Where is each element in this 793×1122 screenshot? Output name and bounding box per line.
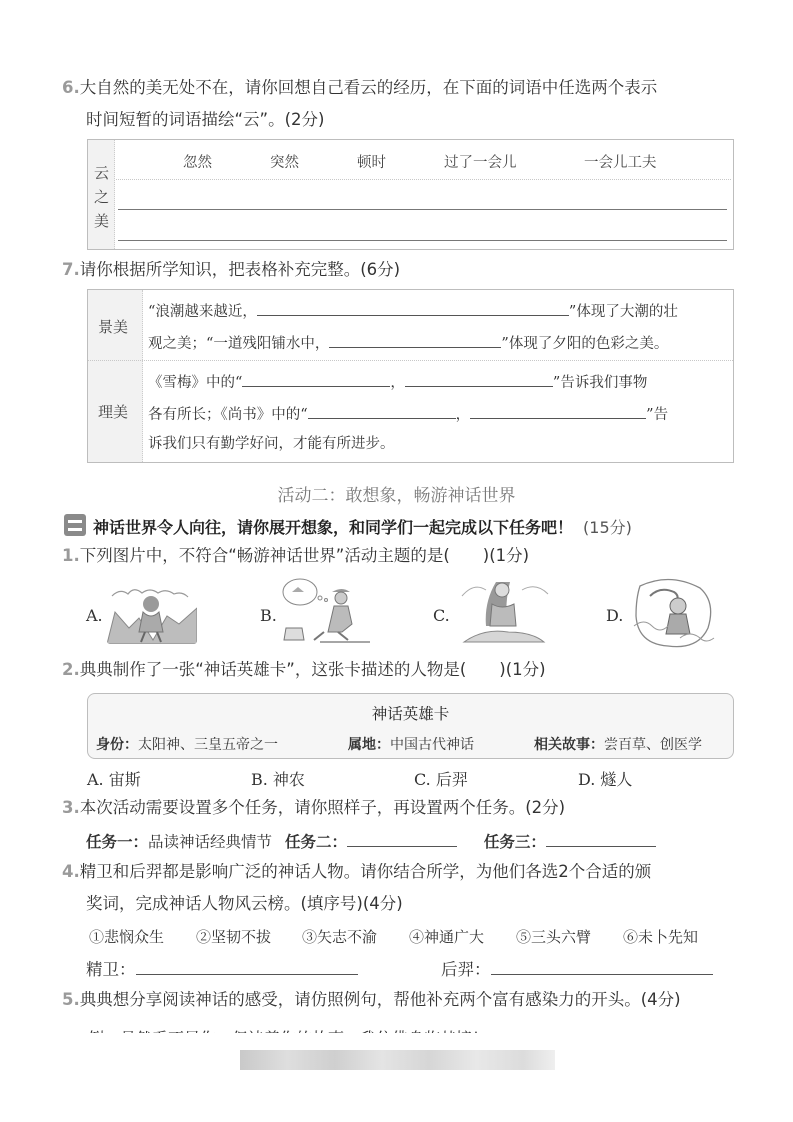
s3-line: 3.本次活动需要设置多个任务，请你照样子，再设置两个任务。(2分) xyxy=(62,798,565,818)
blank-field[interactable] xyxy=(242,370,390,387)
side-label-char: 美 xyxy=(94,210,109,231)
choice-c[interactable]: C. 后羿 xyxy=(414,767,468,790)
text: ”告诉我们事物 xyxy=(553,375,647,391)
text: ， xyxy=(390,375,405,391)
s5-line: 5.典典想分享阅读神话的感受，请仿照例句，帮他补充两个富有感染力的开头。(4分) xyxy=(62,990,681,1010)
choice-b[interactable]: B. 神农 xyxy=(251,767,305,790)
text: ”体现了大潮的壮 xyxy=(569,304,678,320)
award-option: ④神通广大 xyxy=(409,926,484,947)
row-divider xyxy=(88,360,733,361)
farmer-by-tree-stump-image[interactable] xyxy=(280,576,370,648)
s4-line1: 4.精卫和后羿都是影响广泛的神话人物。请你结合所学，为他们各选2个合适的颁 xyxy=(62,862,651,882)
s3-tasks: 任务一：品读神话经典情节 任务二： 任务三： xyxy=(86,830,656,852)
jingmei-line2: 观之美；“一道残阳铺水中，”体现了夕阳的色彩之美。 xyxy=(148,331,668,354)
field-value: 太阳神、三皇五帝之一 xyxy=(138,737,278,753)
field-key: 相关故事： xyxy=(534,737,604,753)
text: ， xyxy=(456,407,471,423)
text: 观之美；“一道残阳铺水中， xyxy=(148,336,329,352)
text: ”体现了夕阳的色彩之美。 xyxy=(501,336,668,352)
answer-line-1[interactable] xyxy=(118,209,727,210)
hero-card-identity: 身份：太阳神、三皇五帝之一 xyxy=(96,734,278,754)
word-option: 过了一会儿 xyxy=(444,151,517,172)
q6-line1: 6.大自然的美无处不在，请你回想自己看云的经历，在下面的词语中任选两个表示 xyxy=(62,78,657,98)
question-text: 下列图片中，不符合“畅游神话世界”活动主题的是( )(1分) xyxy=(80,546,529,565)
jingwei-label: 精卫： xyxy=(86,960,136,979)
jingwei-input[interactable] xyxy=(136,958,358,975)
boy-with-dragon-waves-image[interactable] xyxy=(630,576,716,648)
question-text: 精卫和后羿都是影响广泛的神话人物。请你结合所学，为他们各选2个合适的颁 xyxy=(80,862,652,881)
choice-a[interactable]: A. 宙斯 xyxy=(87,767,141,790)
section-text: 神话世界令人向往，请你展开想象，和同学们一起完成以下任务吧！ xyxy=(93,518,573,537)
text: 《雪梅》中的“ xyxy=(148,375,242,391)
hero-card-title: 神话英雄卡 xyxy=(88,702,733,724)
choice-d[interactable]: D. 燧人 xyxy=(578,767,632,790)
q6-line2: 时间短暂的词语描绘“云”。(2分) xyxy=(86,110,324,130)
jingmei-line1: “浪潮越来越近，”体现了大潮的壮 xyxy=(148,299,678,322)
section-two-badge-icon xyxy=(64,514,86,536)
houyi-row: 后羿： xyxy=(441,958,713,980)
goddess-sitting-on-rock-image[interactable] xyxy=(458,576,550,646)
question-text: 请你根据所学知识，把表格补充完整。(6分) xyxy=(80,260,400,279)
task3-input[interactable] xyxy=(546,830,656,847)
word-option: 突然 xyxy=(270,151,299,172)
option-a-label[interactable]: A. xyxy=(86,606,103,625)
bearded-giant-mountains-image[interactable] xyxy=(107,578,197,644)
field-key: 身份： xyxy=(96,737,138,753)
houyi-label: 后羿： xyxy=(441,960,491,979)
section-heading: 神话世界令人向往，请你展开想象，和同学们一起完成以下任务吧！(15分) xyxy=(93,515,632,538)
limei-line3: 诉我们只有勤学好问，才能有所进步。 xyxy=(148,434,395,454)
word-option: 一会儿工夫 xyxy=(584,151,657,172)
text: ”告 xyxy=(646,407,668,423)
option-b-label[interactable]: B. xyxy=(260,606,277,625)
section-score: (15分) xyxy=(583,518,632,537)
hero-card-stories: 相关故事：尝百草、创医学 xyxy=(534,734,702,754)
task3-label: 任务三： xyxy=(484,833,546,851)
blank-field[interactable] xyxy=(405,370,553,387)
award-option: ②坚韧不拔 xyxy=(196,926,271,947)
option-c-label[interactable]: C. xyxy=(433,606,450,625)
answer-line-2[interactable] xyxy=(118,240,727,241)
hero-card-region: 属地：中国古代神话 xyxy=(348,734,474,754)
divider xyxy=(116,179,731,180)
question-number: 5. xyxy=(62,990,80,1009)
question-text: 典典想分享阅读神话的感受，请仿照例句，帮他补充两个富有感染力的开头。(4分) xyxy=(80,990,681,1009)
question-number: 6. xyxy=(62,78,80,97)
blurred-footer-bar xyxy=(240,1050,555,1070)
s5-example-cut: 例：虽然看不见你，但读着你的故事，我仿佛身临其境！ xyxy=(88,1026,488,1033)
word-option: 顿时 xyxy=(357,151,386,172)
jingwei-row: 精卫： xyxy=(86,958,358,980)
row-label-limei: 理美 xyxy=(98,401,128,422)
blank-field[interactable] xyxy=(470,402,646,419)
award-option: ①悲悯众生 xyxy=(89,926,164,947)
side-label-char: 云 xyxy=(94,162,109,183)
row-label-jingmei: 景美 xyxy=(98,316,128,337)
question-number: 3. xyxy=(62,798,80,817)
side-label-char: 之 xyxy=(94,186,109,207)
hero-card: 神话英雄卡 身份：太阳神、三皇五帝之一 属地：中国古代神话 相关故事：尝百草、创… xyxy=(87,693,734,759)
text: 各有所长；《尚书》中的“ xyxy=(148,407,308,423)
limei-line1: 《雪梅》中的“，”告诉我们事物 xyxy=(148,370,647,393)
word-option: 忽然 xyxy=(183,151,212,172)
question-number: 1. xyxy=(62,546,80,565)
option-d-label[interactable]: D. xyxy=(606,606,623,625)
cloud-beauty-box: 云 之 美 忽然 突然 顿时 过了一会儿 一会儿工夫 xyxy=(87,139,734,250)
activity-title: 活动二：敢想象，畅游神话世界 xyxy=(0,481,793,506)
limei-line2: 各有所长；《尚书》中的“，”告 xyxy=(148,402,668,425)
award-option: ⑥未卜先知 xyxy=(623,926,698,947)
field-value: 中国古代神话 xyxy=(390,737,474,753)
field-key: 属地： xyxy=(348,737,390,753)
blank-field[interactable] xyxy=(329,331,501,348)
question-text: 典典制作了一张“神话英雄卡”，这张卡描述的人物是( )(1分) xyxy=(80,660,546,679)
question-text: 大自然的美无处不在，请你回想自己看云的经历，在下面的词语中任选两个表示 xyxy=(80,78,658,97)
q7-line: 7.请你根据所学知识，把表格补充完整。(6分) xyxy=(62,260,400,280)
question-number: 4. xyxy=(62,862,80,881)
award-option: ③矢志不渝 xyxy=(302,926,377,947)
question-number: 2. xyxy=(62,660,80,679)
blank-field[interactable] xyxy=(308,402,456,419)
task1-value: 品读神话经典情节 xyxy=(148,833,272,851)
task1-label: 任务一： xyxy=(86,833,148,851)
text: “浪潮越来越近， xyxy=(148,304,257,320)
award-option: ⑤三头六臂 xyxy=(516,926,591,947)
beauty-table: 景美 理美 “浪潮越来越近，”体现了大潮的壮 观之美；“一道残阳铺水中，”体现了… xyxy=(87,289,734,463)
s1-line: 1.下列图片中，不符合“畅游神话世界”活动主题的是( )(1分) xyxy=(62,546,529,566)
s4-line2: 奖词，完成神话人物风云榜。(填序号)(4分) xyxy=(86,894,403,914)
houyi-input[interactable] xyxy=(491,958,713,975)
side-label-column: 云 之 美 xyxy=(88,140,115,249)
blank-field[interactable] xyxy=(257,299,569,316)
s2-line: 2.典典制作了一张“神话英雄卡”，这张卡描述的人物是( )(1分) xyxy=(62,660,546,680)
task2-input[interactable] xyxy=(347,830,457,847)
question-text: 本次活动需要设置多个任务，请你照样子，再设置两个任务。(2分) xyxy=(80,798,565,817)
task2-label: 任务二： xyxy=(285,833,347,851)
field-value: 尝百草、创医学 xyxy=(604,737,702,753)
question-number: 7. xyxy=(62,260,80,279)
